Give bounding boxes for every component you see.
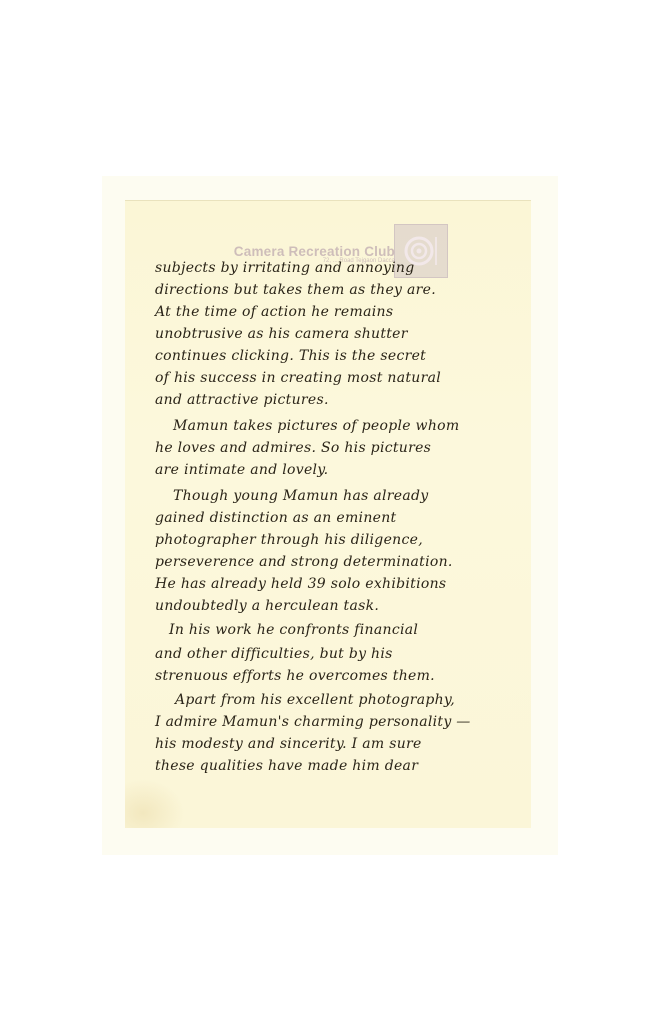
text-line: I admire Mamun's charming personality — [155, 714, 471, 730]
letter-page: Camera Recreation Club 72, ... Road Tejg… [125, 200, 531, 828]
text-line: and attractive pictures. [155, 392, 329, 408]
text-line: are intimate and lovely. [155, 462, 328, 478]
paper-stain [125, 778, 185, 828]
text-line: directions but takes them as they are. [155, 282, 436, 298]
text-line: continues clicking. This is the secret [155, 348, 426, 364]
text-line: Mamun takes pictures of people whom [173, 418, 459, 434]
text-line: Apart from his excellent photography, [175, 692, 455, 708]
text-line: He has already held 39 solo exhibitions [155, 576, 446, 592]
text-line: of his success in creating most natural [155, 370, 441, 386]
letterhead-club-name: Camera Recreation Club [195, 244, 395, 259]
text-line: subjects by irritating and annoying [155, 260, 415, 276]
text-line: undoubtedly a herculean task. [155, 598, 379, 614]
text-line: At the time of action he remains [155, 304, 393, 320]
text-line: these qualities have made him dear [155, 758, 418, 774]
text-line: gained distinction as an eminent [155, 510, 396, 526]
text-line: and other difficulties, but by his [155, 646, 393, 662]
text-line: In his work he confronts financial [169, 622, 418, 638]
text-line: perseverence and strong determination. [155, 554, 453, 570]
text-line: strenuous efforts he overcomes them. [155, 668, 435, 684]
text-line: unobtrusive as his camera shutter [155, 326, 408, 342]
text-line: Though young Mamun has already [173, 488, 428, 504]
text-line: he loves and admires. So his pictures [155, 440, 431, 456]
text-line: photographer through his diligence, [155, 532, 423, 548]
text-line: his modesty and sincerity. I am sure [155, 736, 422, 752]
